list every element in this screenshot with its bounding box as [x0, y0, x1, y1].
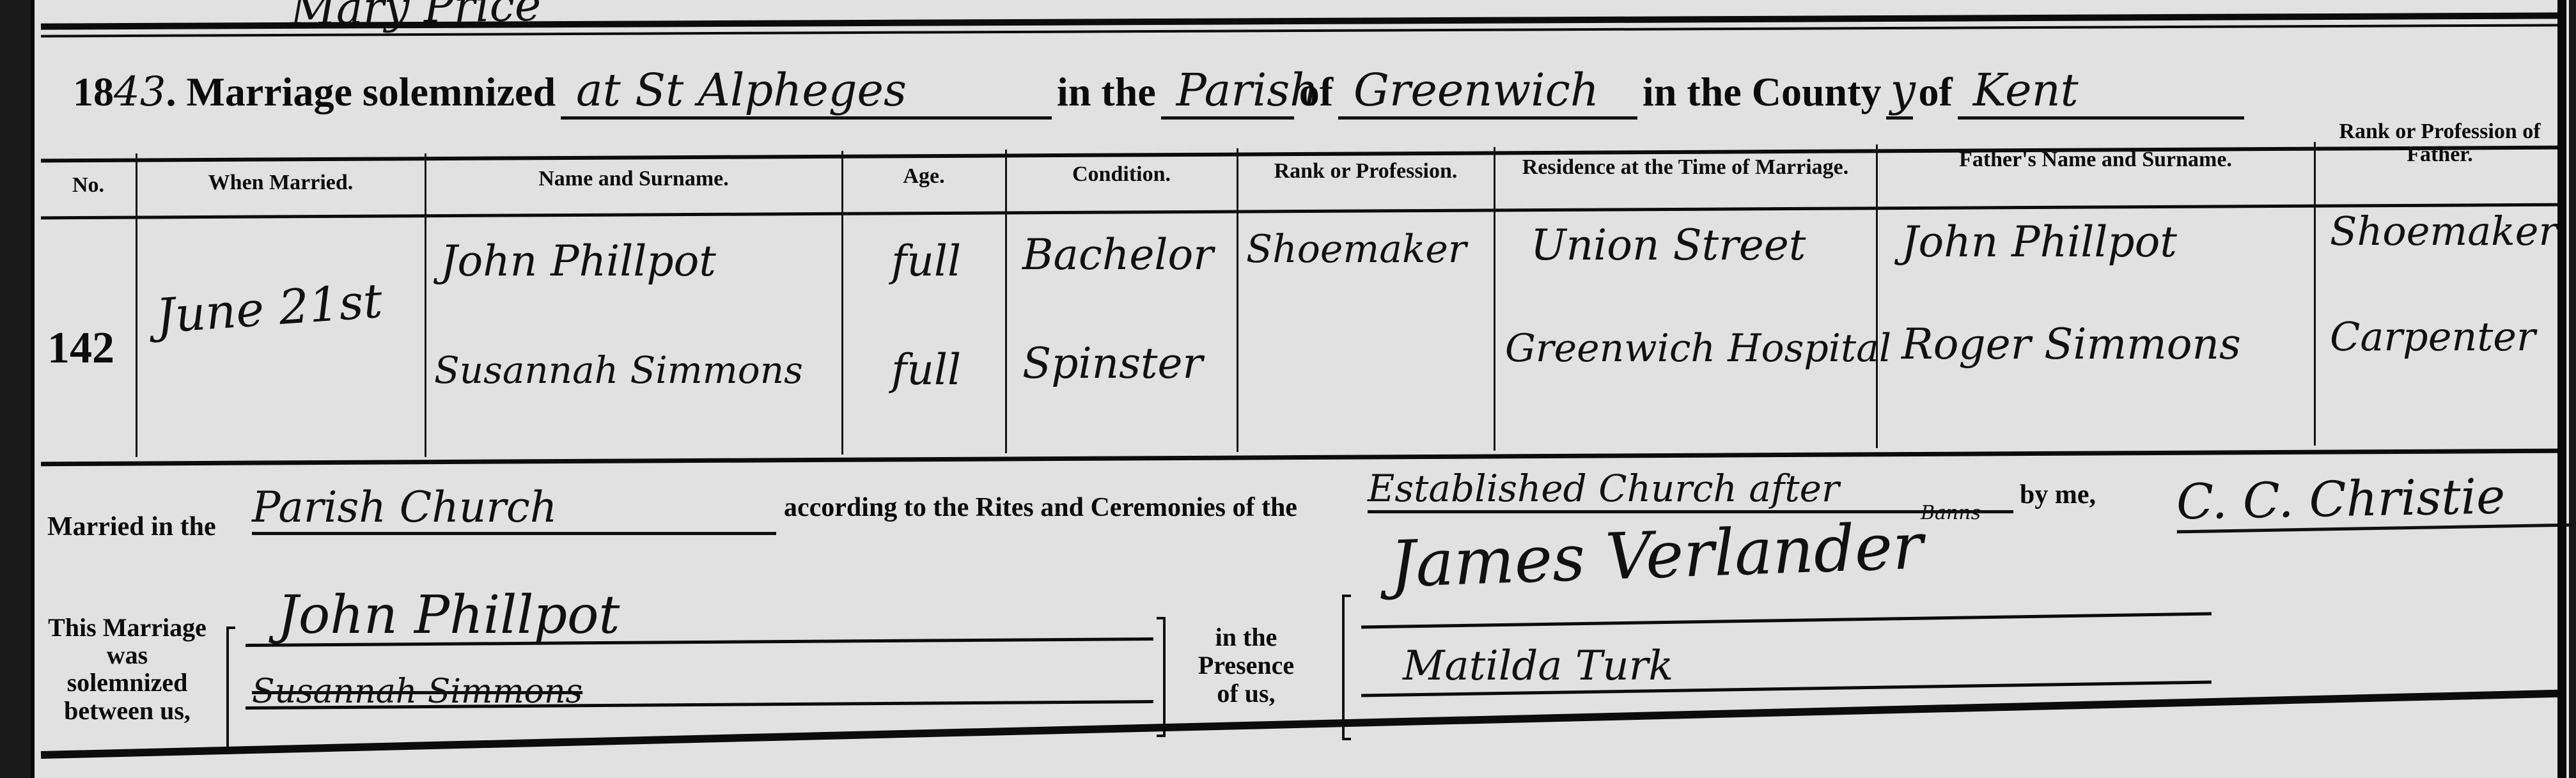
right-brace [1157, 617, 1166, 737]
by-me-label: by me, [2020, 479, 2096, 510]
groom-father-name: John Phillpot [1901, 217, 2177, 267]
rites-note: Banns [1921, 502, 1981, 524]
church-type-field: Parish Church [252, 483, 776, 535]
previous-entry-signature: Mary Price [290, 0, 542, 35]
header-residence: Residence at the Time of Marriage. [1495, 156, 1876, 179]
place-field: at St Alpheges [561, 64, 1052, 120]
groom-name: John Phillpot [441, 237, 716, 286]
solemnized-label-line: solemnized [47, 669, 207, 696]
solemnized-label-line: was [47, 641, 207, 669]
col-divider [1876, 144, 1878, 448]
witness-brace [1342, 595, 1351, 740]
col-divider [1494, 147, 1495, 451]
county-field: Kent [1958, 64, 2244, 120]
page-right-border [2557, 0, 2566, 778]
heading-county-of: of [1918, 68, 1952, 116]
district-field: Greenwich [1338, 64, 1637, 120]
register-page: Mary Price 1843. Marriage solemnized at … [31, 0, 2569, 778]
county-suffix-field: y [1886, 64, 1913, 120]
bride-father-profession: Carpenter [2330, 313, 2536, 360]
col-divider [2314, 142, 2316, 446]
heading-of: of [1299, 68, 1333, 116]
witness-1-signature: James Verlander [1389, 508, 1924, 602]
groom-condition: Bachelor [1022, 230, 1214, 279]
groom-signature: John Phillpot [277, 585, 620, 646]
bride-signature: Susannah Simmons [252, 673, 582, 711]
header-when-married: When Married. [137, 171, 425, 194]
entry-number: 142 [47, 323, 114, 374]
year-handwritten: 43 [114, 68, 166, 116]
rites-field: Established Church after [1368, 467, 2013, 513]
bride-residence: Greenwich Hospital [1505, 326, 1891, 371]
entry-heading: 1843. Marriage solemnized at St Alpheges… [73, 64, 2249, 120]
year-printed: 18 [73, 68, 114, 116]
left-brace [226, 626, 235, 753]
groom-age: full [891, 237, 961, 286]
according-to-label: according to the Rites and Ceremonies of… [784, 492, 1297, 523]
witness-2-signature: Matilda Turk [1403, 642, 1673, 690]
col-divider [1005, 150, 1007, 453]
solemnized-label-line: This Marriage [47, 614, 207, 641]
married-in-label: Married in the [47, 511, 216, 542]
solemnized-label: This Marriage was solemnized between us, [47, 614, 207, 724]
col-divider [425, 153, 426, 457]
header-profession: Rank or Profession. [1238, 160, 1494, 183]
bride-condition: Spinster [1022, 339, 1203, 388]
header-name: Name and Surname. [426, 167, 841, 191]
presence-label-line: Presence [1192, 651, 1300, 680]
groom-profession: Shoemaker [1246, 227, 1467, 272]
presence-label-line: of us, [1192, 680, 1300, 708]
header-condition: Condition. [1006, 163, 1237, 186]
col-divider [136, 153, 137, 457]
col-divider [1237, 148, 1238, 452]
when-married: June 21st [154, 274, 384, 344]
header-age: Age. [843, 165, 1005, 188]
heading-prefix: . Marriage solemnized [166, 68, 556, 116]
header-no: No. [41, 174, 136, 197]
heading-in-the: in the [1057, 68, 1156, 116]
groom-residence: Union Street [1531, 221, 1806, 270]
bride-father-name: Roger Simmons [1901, 320, 2241, 369]
table-header-rule [41, 203, 2566, 220]
table-bottom-rule [41, 449, 2566, 467]
heading-county-label: in the County [1643, 68, 1881, 116]
officiant-signature: C. C. Christie [2176, 467, 2573, 534]
witness-1-line [1361, 612, 2212, 629]
col-divider [841, 151, 843, 455]
header-father-name: Father's Name and Surname. [1877, 148, 2314, 171]
groom-father-profession: Shoemaker [2330, 208, 2557, 254]
solemnized-label-line: between us, [47, 697, 207, 724]
bride-age: full [891, 345, 961, 394]
header-father-profession: Rank or Profession of Father. [2315, 120, 2564, 166]
presence-label-line: in the [1192, 623, 1300, 651]
presence-label: in the Presence of us, [1192, 623, 1300, 708]
bride-name: Susannah Simmons [434, 348, 803, 392]
district-type-field: Parish [1161, 64, 1294, 120]
